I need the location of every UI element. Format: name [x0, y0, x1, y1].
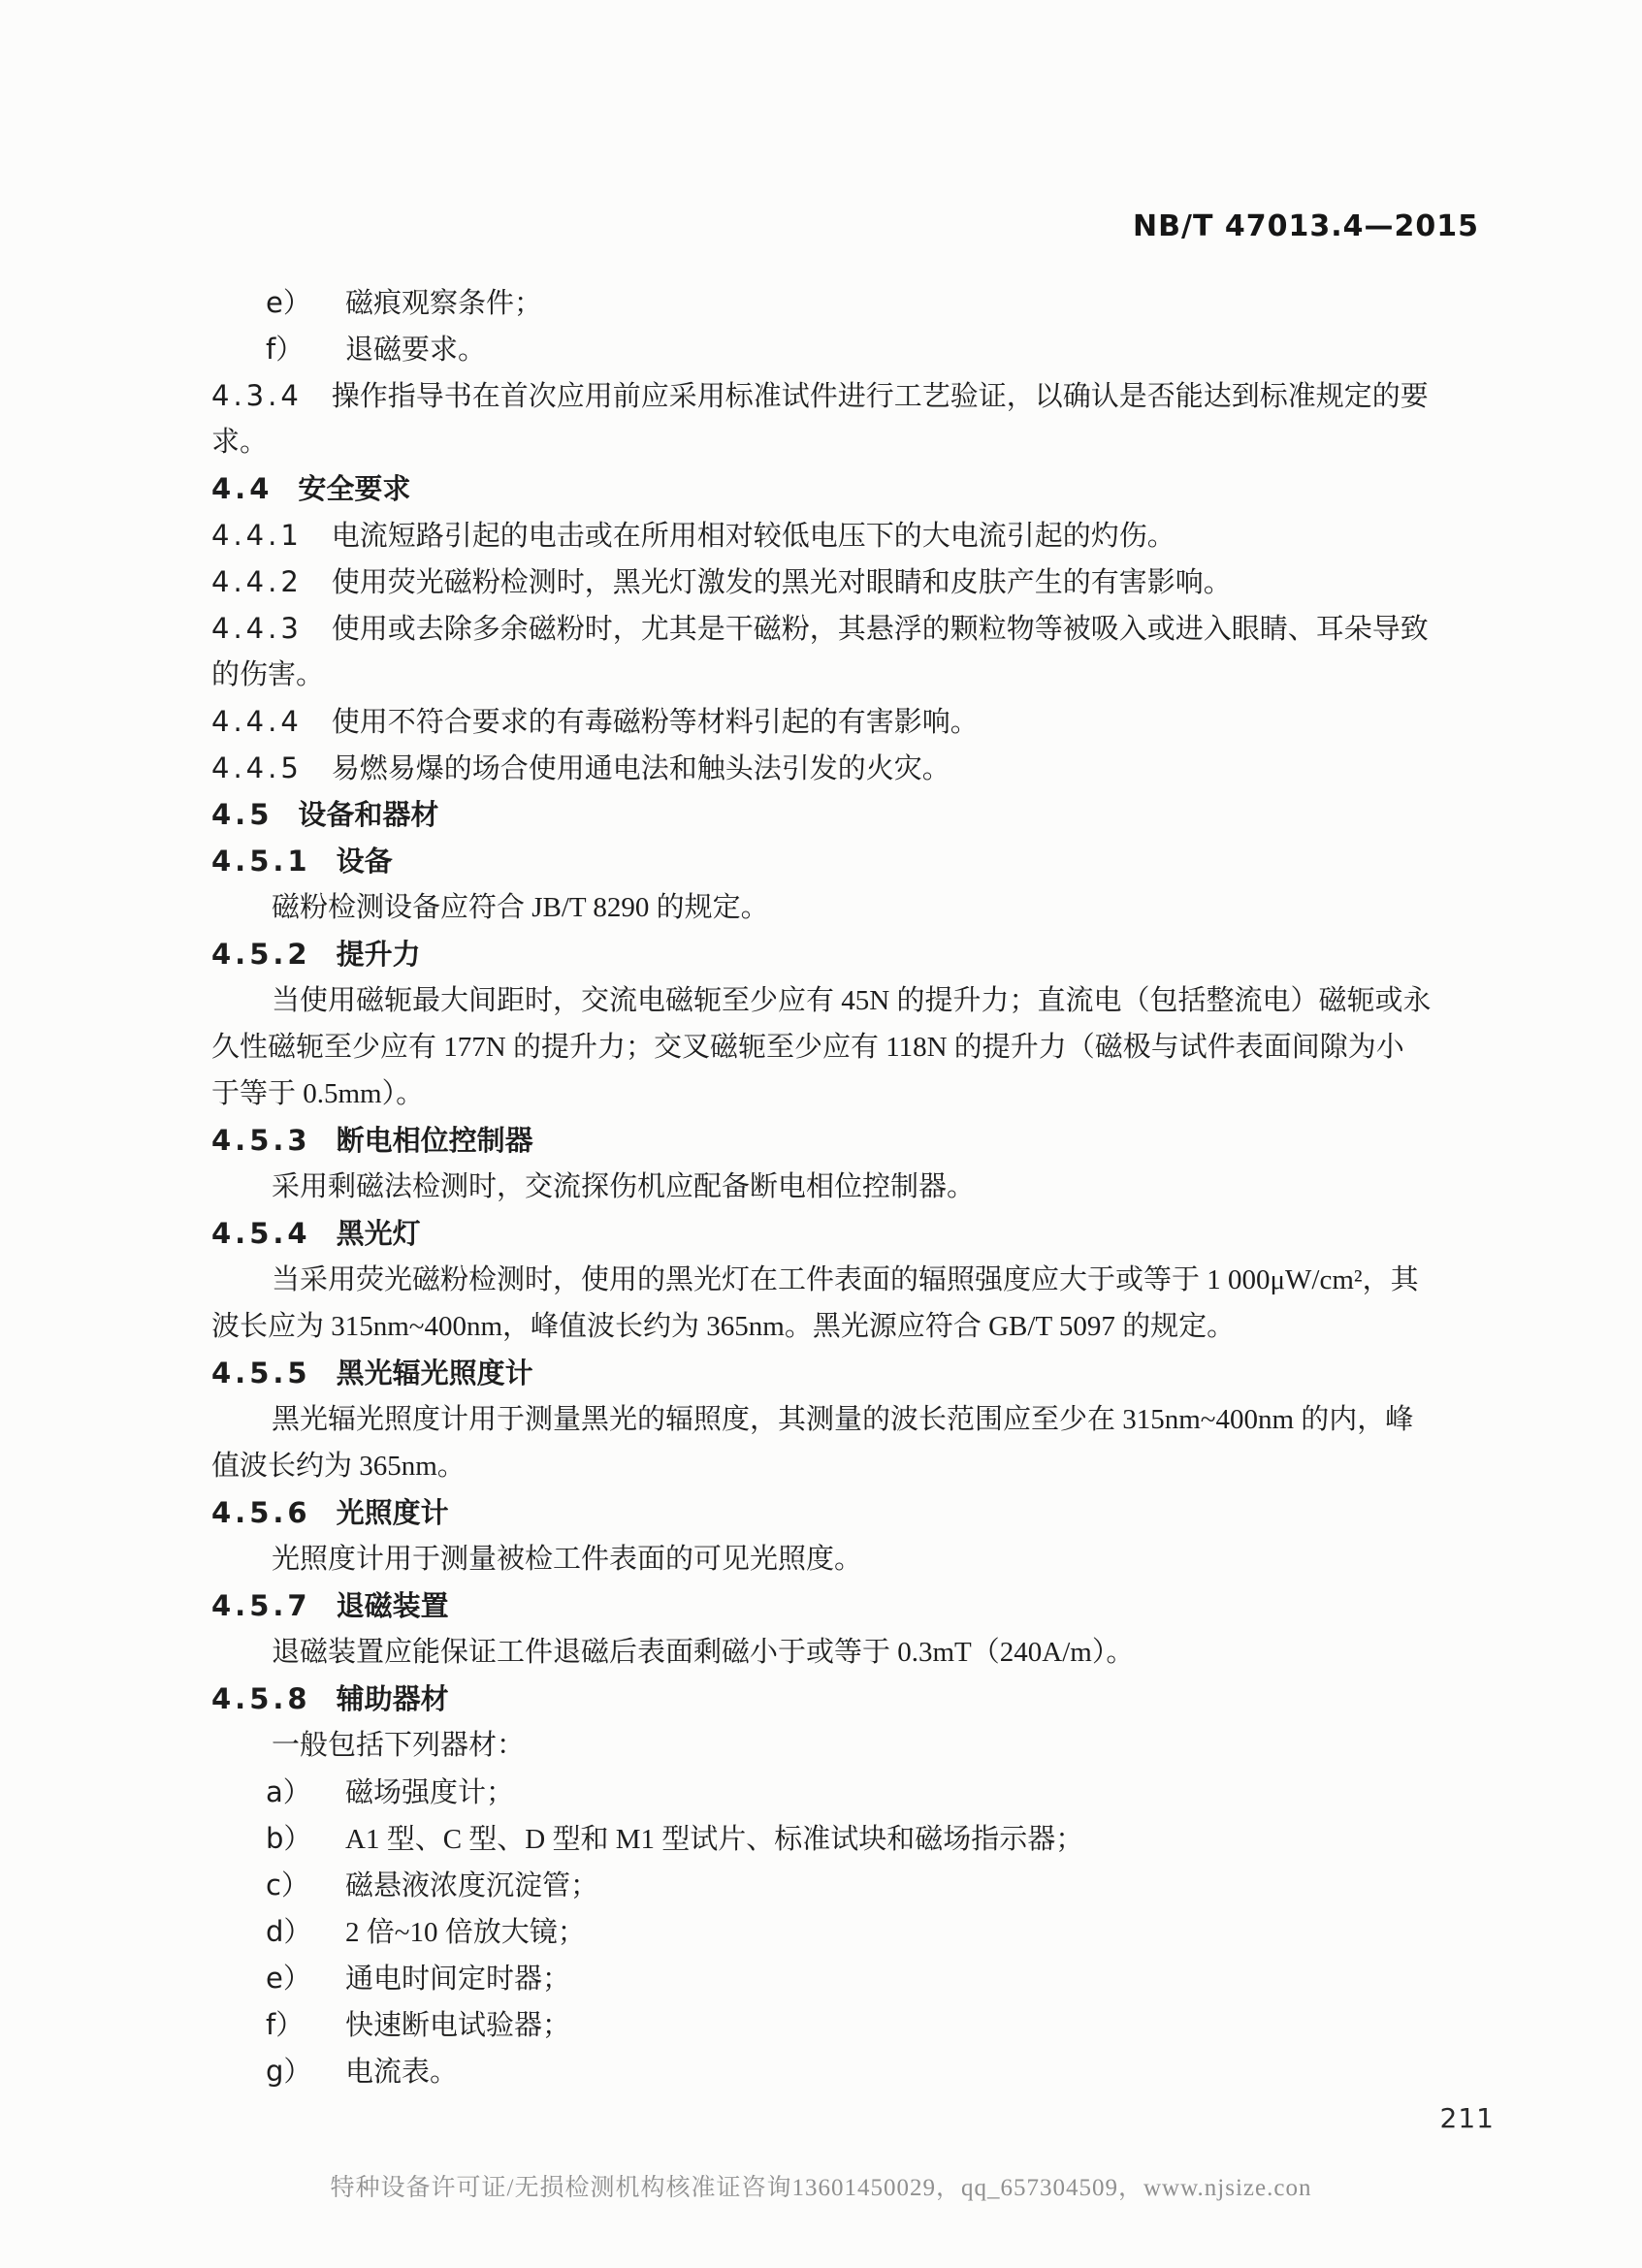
- clause-number: 4.5.2: [211, 931, 311, 977]
- list-item: f）退磁要求。: [211, 326, 1487, 372]
- clause-number: 4.4.3: [211, 605, 303, 652]
- line-text: 磁场强度计；: [345, 1777, 514, 1808]
- continuation-line: 的伤害。: [211, 652, 1487, 698]
- clause-line: 4.4.2使用荧光磁粉检测时，黑光灯激发的黑光对眼睛和皮肤产生的有害影响。: [211, 559, 1487, 605]
- line-text: 易燃易爆的场合使用通电法和触头法引发的火灾。: [332, 753, 950, 784]
- clause-number: 4.5.1: [211, 838, 311, 884]
- line-text: 一般包括下列器材：: [272, 1730, 525, 1761]
- list-label: b）: [266, 1815, 345, 1862]
- line-text: 采用剩磁法检测时，交流探伤机应配备断电相位控制器。: [272, 1171, 975, 1202]
- clause-line: 4.3.4操作指导书在首次应用前应采用标准试件进行工艺验证，以确认是否能达到标准…: [211, 372, 1487, 419]
- clause-line: 4.4.5易燃易爆的场合使用通电法和触头法引发的火灾。: [211, 745, 1487, 791]
- line-text: 值波长约为 365nm。: [211, 1451, 466, 1482]
- list-item: f）快速断电试验器；: [211, 2001, 1487, 2048]
- clause-line: 4.4.3使用或去除多余磁粉时，尤其是干磁粉，其悬浮的颗粒物等被吸入或进入眼睛、…: [211, 605, 1487, 652]
- line-text: 久性磁轭至少应有 177N 的提升力；交叉磁轭至少应有 118N 的提升力（磁极…: [211, 1032, 1404, 1063]
- continuation-line: 求。: [211, 419, 1487, 465]
- section-heading: 4.5.2提升力: [211, 931, 1487, 977]
- list-item: d）2 倍~10 倍放大镜；: [211, 1908, 1487, 1955]
- line-text: 使用不符合要求的有毒磁粉等材料引起的有害影响。: [332, 707, 979, 738]
- line-text: 黑光辐光照度计: [337, 1357, 533, 1390]
- page-number: 211: [1440, 2102, 1495, 2134]
- clause-number: 4.4.5: [211, 745, 303, 791]
- clause-number: 4.5.3: [211, 1117, 311, 1164]
- paragraph-line: 光照度计用于测量被检工件表面的可见光照度。: [211, 1536, 1487, 1582]
- list-item: g）电流表。: [211, 2048, 1487, 2094]
- clause-number: 4.5.4: [211, 1210, 311, 1257]
- line-text: A1 型、C 型、D 型和 M1 型试片、标准试块和磁场指示器；: [345, 1824, 1083, 1855]
- clause-number: 4.4: [211, 465, 273, 512]
- continuation-line: 波长应为 315nm~400nm，峰值波长约为 365nm。黑光源应符合 GB/…: [211, 1303, 1487, 1350]
- clause-number: 4.5.7: [211, 1582, 311, 1629]
- section-heading: 4.5设备和器材: [211, 791, 1487, 838]
- line-text: 设备和器材: [298, 798, 438, 831]
- clause-number: 4.5.6: [211, 1489, 311, 1536]
- line-text: 安全要求: [298, 472, 410, 505]
- line-text: 求。: [211, 427, 268, 458]
- continuation-line: 值波长约为 365nm。: [211, 1443, 1487, 1489]
- content: e）磁痕观察条件；f）退磁要求。4.3.4操作指导书在首次应用前应采用标准试件进…: [211, 279, 1487, 2094]
- paragraph-line: 退磁装置应能保证工件退磁后表面剩磁小于或等于 0.3mT（240A/m）。: [211, 1629, 1487, 1676]
- line-text: 使用或去除多余磁粉时，尤其是干磁粉，其悬浮的颗粒物等被吸入或进入眼睛、耳朵导致: [332, 614, 1429, 645]
- continuation-line: 于等于 0.5mm）。: [211, 1070, 1487, 1117]
- continuation-line: 久性磁轭至少应有 177N 的提升力；交叉磁轭至少应有 118N 的提升力（磁极…: [211, 1024, 1487, 1070]
- section-heading: 4.5.6光照度计: [211, 1489, 1487, 1536]
- line-text: 退磁装置: [337, 1589, 449, 1622]
- line-text: 退磁要求。: [345, 335, 486, 366]
- line-text: 设备: [337, 845, 393, 878]
- paragraph-line: 一般包括下列器材：: [211, 1722, 1487, 1769]
- list-label: e）: [266, 279, 345, 326]
- line-text: 光照度计用于测量被检工件表面的可见光照度。: [272, 1544, 862, 1575]
- paragraph-line: 当使用磁轭最大间距时，交流电磁轭至少应有 45N 的提升力；直流电（包括整流电）…: [211, 977, 1487, 1024]
- list-label: c）: [266, 1862, 345, 1908]
- section-heading: 4.4安全要求: [211, 465, 1487, 512]
- list-item: e）磁痕观察条件；: [211, 279, 1487, 326]
- line-text: 提升力: [337, 938, 421, 971]
- line-text: 磁粉检测设备应符合 JB/T 8290 的规定。: [272, 892, 769, 923]
- list-label: e）: [266, 1955, 345, 2001]
- line-text: 辅助器材: [337, 1682, 449, 1715]
- line-text: 波长应为 315nm~400nm，峰值波长约为 365nm。黑光源应符合 GB/…: [211, 1311, 1235, 1342]
- paragraph-line: 采用剩磁法检测时，交流探伤机应配备断电相位控制器。: [211, 1164, 1487, 1210]
- list-item: e）通电时间定时器；: [211, 1955, 1487, 2001]
- list-label: d）: [266, 1908, 345, 1955]
- line-text: 快速断电试验器；: [345, 2010, 570, 2041]
- section-heading: 4.5.4黑光灯: [211, 1210, 1487, 1257]
- line-text: 的伤害。: [211, 659, 324, 690]
- line-text: 电流表。: [345, 2057, 458, 2088]
- clause-number: 4.4.2: [211, 559, 303, 605]
- line-text: 磁悬液浓度沉淀管；: [345, 1870, 598, 1901]
- clause-number: 4.3.4: [211, 372, 303, 419]
- paragraph-line: 当采用荧光磁粉检测时，使用的黑光灯在工件表面的辐照强度应大于或等于 1 000μ…: [211, 1257, 1487, 1303]
- line-text: 磁痕观察条件；: [345, 288, 542, 319]
- line-text: 当使用磁轭最大间距时，交流电磁轭至少应有 45N 的提升力；直流电（包括整流电）…: [272, 985, 1431, 1016]
- list-item: b）A1 型、C 型、D 型和 M1 型试片、标准试块和磁场指示器；: [211, 1815, 1487, 1862]
- section-heading: 4.5.1设备: [211, 838, 1487, 884]
- line-text: 光照度计: [337, 1496, 449, 1529]
- line-text: 当采用荧光磁粉检测时，使用的黑光灯在工件表面的辐照强度应大于或等于 1 000μ…: [272, 1264, 1419, 1295]
- paragraph-line: 黑光辐光照度计用于测量黑光的辐照度，其测量的波长范围应至少在 315nm~400…: [211, 1396, 1487, 1443]
- line-text: 操作指导书在首次应用前应采用标准试件进行工艺验证，以确认是否能达到标准规定的要: [332, 381, 1429, 412]
- document-page: NB/T 47013.4—2015 e）磁痕观察条件；f）退磁要求。4.3.4操…: [0, 0, 1642, 2268]
- line-text: 于等于 0.5mm）。: [211, 1078, 424, 1109]
- list-item: a）磁场强度计；: [211, 1769, 1487, 1815]
- section-heading: 4.5.5黑光辐光照度计: [211, 1350, 1487, 1396]
- paragraph-line: 磁粉检测设备应符合 JB/T 8290 的规定。: [211, 884, 1487, 931]
- list-item: c）磁悬液浓度沉淀管；: [211, 1862, 1487, 1908]
- clause-line: 4.4.4使用不符合要求的有毒磁粉等材料引起的有害影响。: [211, 698, 1487, 745]
- clause-number: 4.5.8: [211, 1676, 311, 1722]
- line-text: 断电相位控制器: [337, 1124, 533, 1157]
- line-text: 黑光灯: [337, 1217, 421, 1250]
- line-text: 电流短路引起的电击或在所用相对较低电压下的大电流引起的灼伤。: [332, 521, 1175, 552]
- section-heading: 4.5.8辅助器材: [211, 1676, 1487, 1722]
- line-text: 退磁装置应能保证工件退磁后表面剩磁小于或等于 0.3mT（240A/m）。: [272, 1637, 1134, 1668]
- clause-line: 4.4.1电流短路引起的电击或在所用相对较低电压下的大电流引起的灼伤。: [211, 512, 1487, 559]
- list-label: f）: [266, 326, 345, 372]
- standard-number-header: NB/T 47013.4—2015: [1133, 209, 1479, 243]
- line-text: 2 倍~10 倍放大镜；: [345, 1917, 586, 1948]
- list-label: g）: [266, 2048, 345, 2094]
- clause-number: 4.5.5: [211, 1350, 311, 1396]
- section-heading: 4.5.7退磁装置: [211, 1582, 1487, 1629]
- clause-number: 4.5: [211, 791, 273, 838]
- line-text: 使用荧光磁粉检测时，黑光灯激发的黑光对眼睛和皮肤产生的有害影响。: [332, 567, 1232, 598]
- clause-number: 4.4.4: [211, 698, 303, 745]
- clause-number: 4.4.1: [211, 512, 303, 559]
- list-label: f）: [266, 2001, 345, 2048]
- line-text: 通电时间定时器；: [345, 1964, 570, 1995]
- list-label: a）: [266, 1769, 345, 1815]
- section-heading: 4.5.3断电相位控制器: [211, 1117, 1487, 1164]
- footer-watermark: 特种设备许可证/无损检测机构核准证咨询13601450029，qq_657304…: [0, 2168, 1642, 2203]
- line-text: 黑光辐光照度计用于测量黑光的辐照度，其测量的波长范围应至少在 315nm~400…: [272, 1404, 1413, 1435]
